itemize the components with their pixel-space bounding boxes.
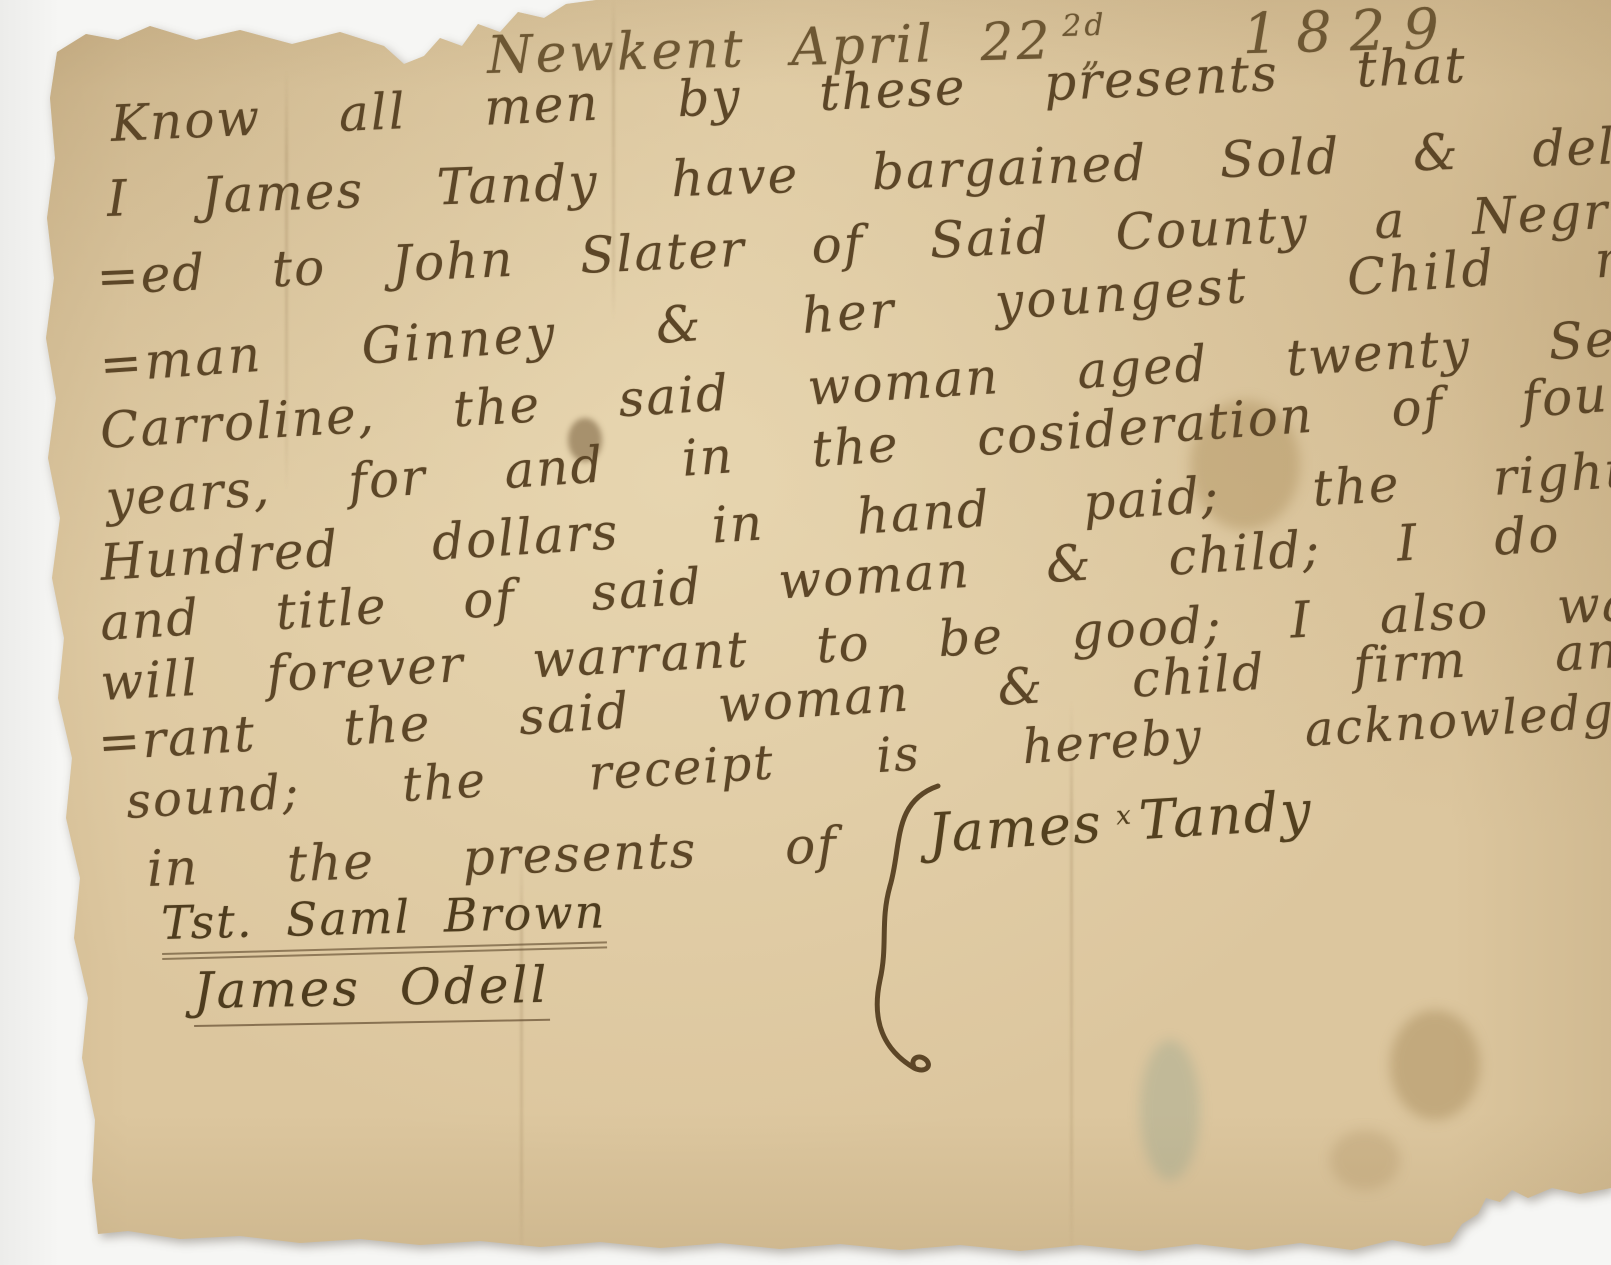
- witness-signature-saml-brown: Tst. Saml Brown: [161, 884, 607, 950]
- signature-last-name: Tandy: [1137, 779, 1314, 852]
- witness-signature-text: Tst. Saml Brown: [161, 884, 608, 960]
- witness-signature-text: James Odell: [193, 956, 550, 1027]
- document-paper: Newkent April 222d„1829 Know all men by …: [0, 0, 1611, 1265]
- paper-stain: [1390, 1010, 1480, 1120]
- signature-mark: x: [1115, 801, 1133, 832]
- paper-crease: [1070, 700, 1073, 1265]
- witness-signature-james-odell: James Odell: [193, 956, 550, 1020]
- signature-james-tandy: JamesxTandy: [926, 779, 1314, 865]
- paper-stain-faint: [1330, 1130, 1400, 1190]
- signature-first-name: James: [926, 791, 1104, 865]
- teal-smudge: [1140, 1040, 1200, 1180]
- paper-shadow-wrap: Newkent April 222d„1829 Know all men by …: [0, 0, 1611, 1265]
- scanner-background: Newkent April 222d„1829 Know all men by …: [0, 0, 1611, 1265]
- manuscript-line-12: in the presents of: [146, 816, 839, 898]
